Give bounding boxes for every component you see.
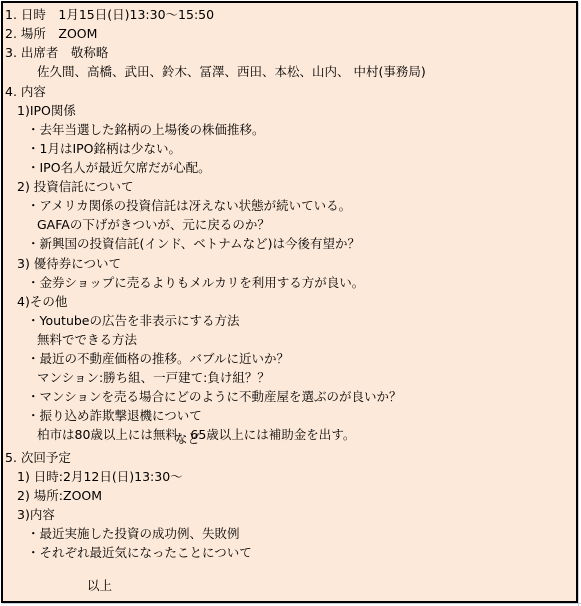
page-edge-right (578, 2, 579, 606)
minutes-line: ・去年当選した銘柄の上場後の株価推移。 (27, 121, 265, 139)
minutes-line: 5. 次回予定 (5, 449, 71, 467)
minutes-line: ・1月はIPO銘柄は少ない。 (27, 140, 181, 158)
minutes-line: GAFAの下げがきついが、元に戻るのか？ (37, 216, 270, 234)
minutes-line: 4)その他 (17, 293, 67, 311)
minutes-line: 3)内容 (17, 506, 55, 524)
minutes-line: マンション:勝ち組、一戸建て:負け組？？ (37, 369, 270, 387)
meeting-minutes-textbox: 1. 日時 1月15日(日)13:30～15:502. 場所 ZOOM3. 出席… (1, 1, 578, 603)
page-edge-bottom (2, 603, 581, 604)
minutes-line: ・それぞれ最近気になったことについて (27, 544, 252, 562)
minutes-line: 無料でできる方法 (37, 331, 137, 349)
minutes-line: ・IPO名人が最近欠席だが心配。 (27, 159, 211, 177)
minutes-line: ・アメリカ関係の投資信託は冴えない状態が続いている。 (27, 197, 351, 215)
minutes-line: 1) 日時:2月12日(日)13:30～ (17, 468, 183, 486)
minutes-line: ・Youtubeの広告を非表示にする方法 (27, 312, 240, 330)
minutes-line: ・金券ショップに売るよりもメルカリを利用する方が良い。 (27, 274, 364, 292)
minutes-line: ・最近実施した投資の成功例、失敗例 (27, 525, 240, 543)
minutes-line: 1)IPO関係 (17, 102, 76, 120)
minutes-line: ・最近の不動産価格の推移。バブルに近いか？ (27, 350, 289, 368)
minutes-line: ・新興国の投資信託(インド、ベトナムなど)は今後有望か？ (27, 235, 360, 253)
minutes-line: ・振り込め詐欺撃退機について (27, 407, 202, 425)
minutes-line: ・マンションを売る場合にどのように不動産屋を選ぶのが良いか？ (27, 388, 401, 406)
minutes-line: 以上 (87, 577, 112, 595)
minutes-line: 4. 内容 (5, 83, 46, 101)
minutes-line: 佐久間、高橋、武田、鈴木、冨澤、西田、本松、山内、 中村(事務局) (37, 63, 426, 81)
minutes-line: 2. 場所 ZOOM (5, 25, 97, 43)
minutes-line: 2) 投資信託について (17, 178, 134, 196)
minutes-line: 1. 日時 1月15日(日)13:30～15:50 (5, 6, 214, 24)
minutes-line: など (175, 430, 200, 448)
minutes-line: 2) 場所:ZOOM (17, 487, 102, 505)
minutes-line: 3) 優待券について (17, 255, 121, 273)
minutes-line: 3. 出席者 敬称略 (5, 44, 108, 62)
